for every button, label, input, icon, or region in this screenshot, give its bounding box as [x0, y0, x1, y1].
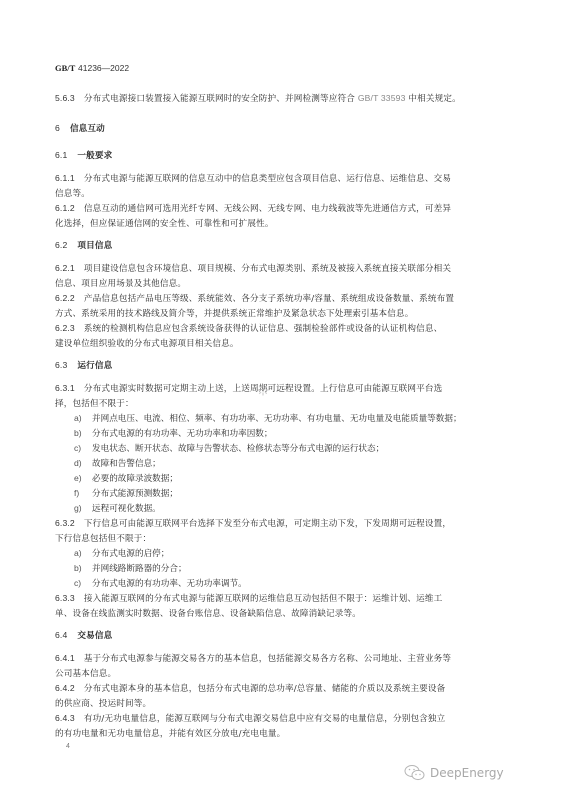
clause-6-4-1: 6.4.1基于分布式电源参与能源交易各方的基本信息，包括能源交易各方名称、公司地…	[55, 651, 460, 682]
section-6-4-title: 6.4交易信息	[55, 628, 460, 644]
std-number: 41236—2022	[78, 63, 129, 73]
clause-6-4-3: 6.4.3有功/无功电量信息，能源互联网与分布式电源交易信息中应有交易的电量信息…	[55, 711, 460, 742]
clause-6-2-1: 6.2.1项目建设信息包含环境信息、项目规模、分布式电源类别、系统及被接入系统直…	[55, 261, 460, 292]
wechat-icon	[404, 764, 426, 782]
clause-6-1-2: 6.1.2信息互动的通信网可选用光纤专网、无线公网、无线专网、电力线载波等先进通…	[55, 201, 460, 232]
spinner-icon	[257, 381, 269, 400]
list-item: c)分布式电源的有功功率、无功功率调节。	[74, 576, 247, 592]
clause-6-1-1: 6.1.1分布式电源与能源互联网的信息互动中的信息类型应包含项目信息、运行信息、…	[55, 171, 460, 202]
watermark: DeepEnergy	[404, 764, 504, 782]
section-6-3-title: 6.3运行信息	[55, 358, 460, 374]
list-item: e)必要的故障录波数据；	[74, 471, 178, 487]
list-item: d)故障和告警信息；	[74, 456, 161, 472]
list-item: a)分布式电源的启停；	[74, 546, 169, 562]
list-item: g)远程可视化数据。	[74, 501, 161, 517]
reference-link: GB/T 33593	[358, 93, 406, 103]
clause-6-2-3: 6.2.3系统的检测机构信息应包含系统设备获得的认证信息、强制检验部件或设备的认…	[55, 321, 460, 352]
list-item: c)发电状态、断开状态、故障与告警状态、检修状态等分布式电源的运行状态；	[74, 441, 384, 457]
std-prefix: GB/T	[55, 63, 75, 73]
list-item: b)分布式电源的有功功率、无功功率和功率因数；	[74, 426, 272, 442]
standard-header: GB/T 41236—2022	[55, 63, 138, 74]
list-item: a)并网点电压、电流、相位、频率、有功功率、无功功率、有功电量、无功电量及电能质…	[74, 411, 462, 427]
clause-6-3-2: 6.3.2下行信息可由能源互联网平台选择下发至分布式电源，可定期主动下发，下发周…	[55, 516, 460, 547]
clause-5-6-3: 5.6.3分布式电源接口装置接入能源互联网时的安全防护、并网检测等应符合 GB/…	[55, 91, 525, 107]
list-item: b)并网线路断路器的分合；	[74, 561, 187, 577]
page-number: 4	[66, 743, 70, 750]
clause-6-3-3: 6.3.3接入能源互联网的分布式电源与能源互联网的运维信息互动包括但不限于：运维…	[55, 591, 460, 622]
watermark-text: DeepEnergy	[430, 766, 504, 780]
clause-6-4-2: 6.4.2分布式电源本身的基本信息，包括分布式电源的总功率/总容量、储能的介质以…	[55, 681, 460, 712]
list-item: f)分布式能源预测数据；	[74, 486, 178, 502]
section-6-1-title: 6.1一般要求	[55, 148, 460, 164]
document-page: GB/T 41236—2022 5.6.3分布式电源接口装置接入能源互联网时的安…	[0, 0, 566, 800]
section-6-title: 6信息互动	[55, 121, 460, 137]
section-6-2-title: 6.2项目信息	[55, 238, 460, 254]
clause-6-2-2: 6.2.2产品信息包括产品电压等级、系统能效、各分支子系统功率/容量、系统组成设…	[55, 291, 460, 322]
